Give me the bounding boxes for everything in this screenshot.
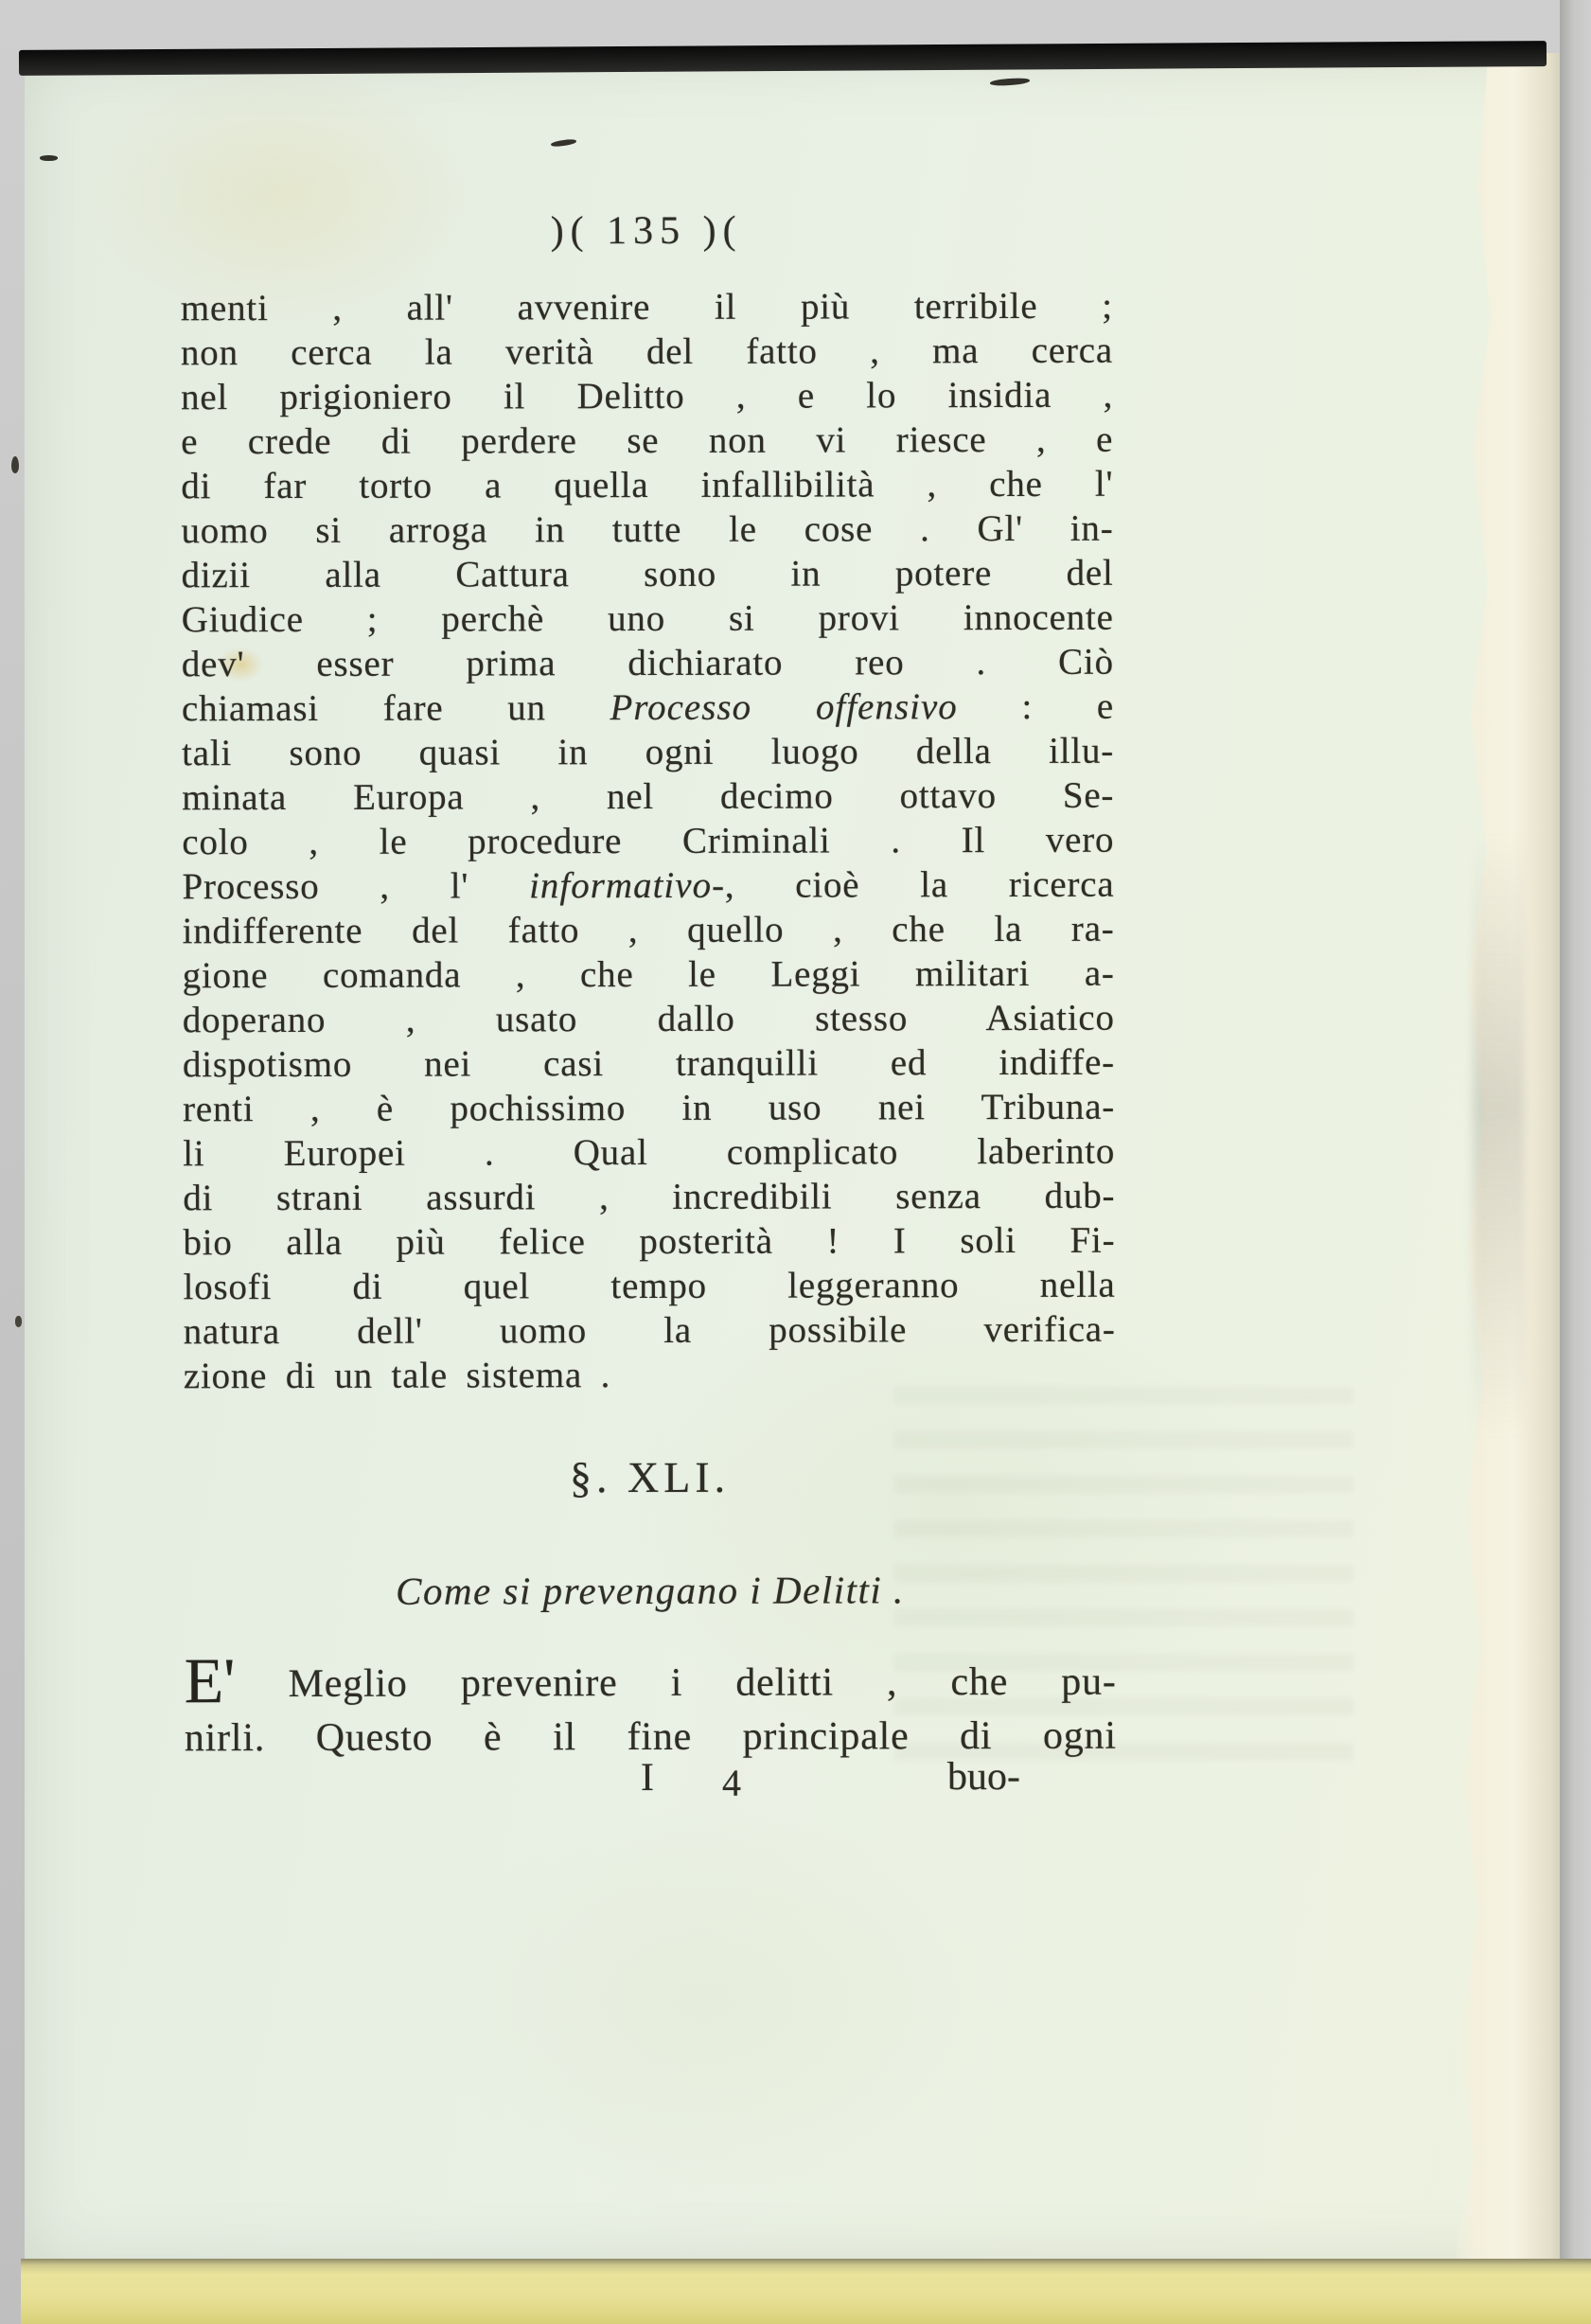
text-line: minata Europa , nel decimo ottavo Se- bbox=[182, 773, 1114, 821]
page-number-header: )( 135 )( bbox=[181, 207, 1113, 256]
text-line: nel prigioniero il Delitto , e lo insidi… bbox=[181, 373, 1113, 420]
paragraph-opening: E' Meglio prevenire i delitti , che pu- … bbox=[185, 1656, 1117, 1766]
section-heading: §. XLI. bbox=[184, 1451, 1116, 1504]
text-line: zione di un tale sistema . bbox=[184, 1352, 1116, 1399]
text-line: dizii alla Cattura sono in potere del bbox=[182, 551, 1114, 598]
text-line: losofi di quel tempo leggeranno nella bbox=[183, 1263, 1115, 1310]
text-line: di strani assurdi , incredibili senza du… bbox=[183, 1174, 1115, 1221]
scanner-background-right bbox=[1560, 0, 1591, 2324]
page-content: )( 135 )( menti , all' avvenire il più t… bbox=[180, 0, 1112, 1]
text-line: dev' esser prima dichiarato reo . Ciò bbox=[182, 640, 1114, 687]
text-line: Processo , l' informativo-, cioè la rice… bbox=[182, 862, 1114, 910]
signature-line: I 4 buo- bbox=[185, 1754, 1117, 1816]
text-line: uomo si arroga in tutte le cose . Gl' in… bbox=[181, 506, 1113, 554]
text-line: gione comanda , che le Leggi militari a- bbox=[183, 951, 1115, 999]
signature-mark: I bbox=[641, 1755, 654, 1801]
next-page-edge-bottom bbox=[21, 2259, 1591, 2324]
text-line: doperano , usato dallo stesso Asiatico bbox=[183, 996, 1115, 1043]
text-line: di far torto a quella infallibilità , ch… bbox=[181, 462, 1113, 509]
text-line: colo , le procedure Criminali . Il vero bbox=[182, 818, 1114, 865]
catchword: buo- bbox=[947, 1754, 1020, 1800]
text-line: dispotismo nei casi tranquilli ed indiff… bbox=[183, 1040, 1115, 1088]
paragraph-continuation: menti , all' avvenire il più terribile ;… bbox=[181, 284, 1116, 1399]
text-run: -, cioè la ricerca bbox=[712, 864, 1115, 906]
text-run: chiamasi fare un bbox=[182, 687, 610, 729]
section-subtitle: Come si prevengano i Delitti . bbox=[184, 1567, 1116, 1615]
page-edge-shadow bbox=[1473, 833, 1524, 1439]
signature-number: 4 bbox=[722, 1761, 741, 1805]
italic-run: informativo bbox=[529, 865, 712, 907]
drop-cap-initial: E' bbox=[185, 1644, 236, 1716]
text-line: indifferente del fatto , quello , che la… bbox=[183, 907, 1115, 954]
text-run: Processo , l' bbox=[182, 865, 529, 907]
text-line: tali sono quasi in ogni luogo della illu… bbox=[182, 729, 1114, 776]
text-line: li Europei . Qual complicato laberinto bbox=[183, 1129, 1115, 1177]
text-line: menti , all' avvenire il più terribile ; bbox=[181, 284, 1113, 331]
text-line: Giudice ; perchè uno si provi innocente bbox=[182, 595, 1114, 643]
ink-speck bbox=[11, 456, 19, 473]
ink-speck bbox=[15, 1316, 22, 1327]
italic-run: Processo offensivo bbox=[610, 686, 957, 728]
text-line: E' Meglio prevenire i delitti , che pu- bbox=[185, 1656, 1117, 1712]
text-line: natura dell' uomo la possibile verifica- bbox=[184, 1307, 1116, 1355]
text-line: renti , è pochissimo in uso nei Tribuna- bbox=[183, 1085, 1115, 1132]
text-run: Meglio prevenire i delitti , che pu- bbox=[289, 1660, 1117, 1706]
ink-speck bbox=[40, 155, 58, 161]
text-line: chiamasi fare un Processo offensivo : e bbox=[182, 684, 1114, 732]
text-run: : e bbox=[958, 686, 1114, 727]
text-line: e crede di perdere se non vi riesce , e bbox=[181, 417, 1113, 465]
text-line: non cerca la verità del fatto , ma cerca bbox=[181, 328, 1113, 376]
text-line: bio alla più felice posterità ! I soli F… bbox=[183, 1218, 1115, 1266]
